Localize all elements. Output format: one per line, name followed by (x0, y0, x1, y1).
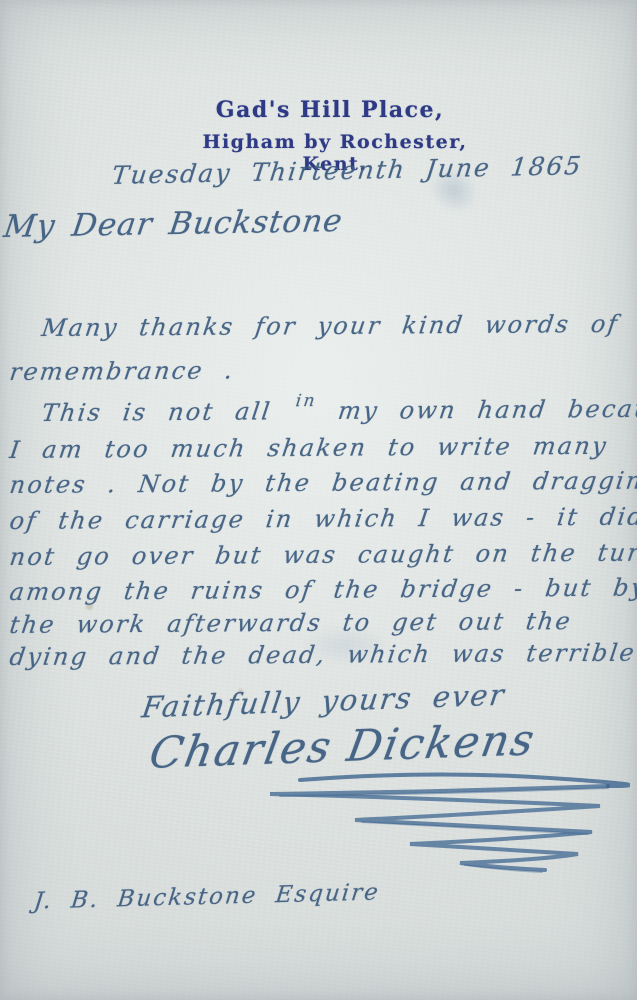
body-line: I am too much shaken to write many (8, 432, 610, 464)
body-line-text: This is not all (40, 397, 274, 427)
letter-page: Gad's Hill Place, Higham by Rochester, K… (0, 0, 637, 1000)
body-line-text: my own hand because (336, 395, 637, 425)
body-line: This is not all in my own hand because (40, 395, 637, 427)
addressee-line: J. B. Buckstone Esquire (33, 879, 382, 914)
body-line: dying and the dead, which was terrible . (8, 638, 637, 671)
signature-flourish (130, 742, 630, 882)
salutation: My Dear Buckstone (1, 203, 345, 245)
letterhead-line1: Gad's Hill Place, (210, 97, 450, 123)
body-line: of the carriage in which I was - it did (8, 503, 637, 535)
date-line: Tuesday Thirteenth June 1865 (110, 151, 584, 190)
body-line: not go over but was caught on the turn (8, 538, 637, 571)
body-line: notes . Not by the beating and dragging (8, 466, 637, 499)
inserted-word: in (295, 391, 318, 411)
body-line: Many thanks for your kind words of (40, 310, 621, 342)
body-line: among the ruins of the bridge - but by (8, 574, 637, 606)
body-line: remembrance . (8, 356, 236, 386)
body-line: the work afterwards to get out the (8, 607, 574, 639)
